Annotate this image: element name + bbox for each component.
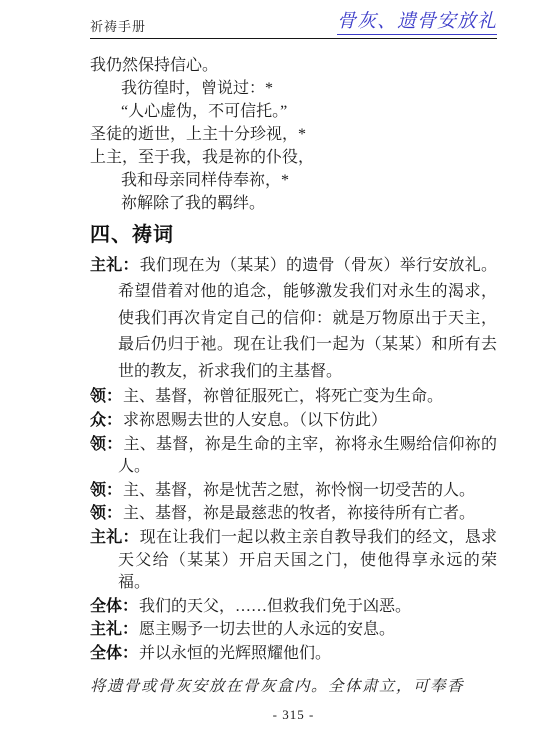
dialogue-entry: 主礼：我们现在为（某某）的遗骨（骨灰）举行安放礼。希望借着对他的追念，能够激发我… <box>118 253 497 386</box>
section-heading: 四、祷词 <box>90 222 497 248</box>
entry-text: 并以永恒的光辉照耀他们。 <box>139 645 331 662</box>
rubric-note: 将遗骨或骨灰安放在骨灰盒内。全体肃立，可奉香 <box>90 675 497 698</box>
entry-text: 现在让我们一起以救主亲自教导我们的经文，恳求天父给（某某）开启天国之门，使他得享… <box>118 529 497 591</box>
speaker-label: 主礼： <box>90 529 139 546</box>
entry-text: 我们的天父，……但救我们免于凶恶。 <box>139 598 411 615</box>
running-head-book-title: 祈祷手册 <box>90 16 146 35</box>
psalm-line: 我彷徨时，曾说过：* <box>90 77 497 100</box>
psalm-line: 我仍然保持信心。 <box>90 54 497 77</box>
speaker-label: 领： <box>90 482 122 499</box>
psalm-line: 祢解除了我的羁绊。 <box>90 192 497 215</box>
document-page: 祈祷手册 骨灰、遗骨安放礼 我仍然保持信心。我彷徨时，曾说过：*“人心虚伪，不可… <box>0 0 555 736</box>
psalm-line: 圣徒的逝世，上主十分珍视，* <box>90 123 497 146</box>
entry-text: 主、基督，祢是忧苦之慰，祢怜悯一切受苦的人。 <box>123 482 475 499</box>
running-head-chapter-title: 骨灰、遗骨安放礼 <box>337 12 497 35</box>
entry-text: 主、基督，祢曾征服死亡，将死亡变为生命。 <box>123 388 443 405</box>
speaker-label: 领： <box>90 436 123 453</box>
speaker-label: 众： <box>90 412 122 429</box>
psalm-line: 上主，至于我，我是祢的仆役， <box>90 146 497 169</box>
entry-text: 愿主赐予一切去世的人永远的安息。 <box>139 621 395 638</box>
psalm-line: 我和母亲同样侍奉祢，* <box>90 169 497 192</box>
speaker-label: 全体： <box>90 645 138 662</box>
dialogue-entry: 众：求祢恩赐去世的人安息。（以下仿此） <box>118 410 497 433</box>
psalm-line: “人心虚伪，不可信托。” <box>90 100 497 123</box>
psalm-block: 我仍然保持信心。我彷徨时，曾说过：*“人心虚伪，不可信托。”圣徒的逝世，上主十分… <box>90 54 497 215</box>
dialogue-entry: 领：主、基督，祢是最慈悲的牧者，祢接待所有亡者。 <box>118 503 497 526</box>
entry-text: 求祢恩赐去世的人安息。（以下仿此） <box>123 412 387 429</box>
dialogue-entry: 全体：并以永恒的光辉照耀他们。 <box>118 643 497 666</box>
entry-text: 主、基督，祢是最慈悲的牧者，祢接待所有亡者。 <box>123 505 475 522</box>
speaker-label: 全体： <box>90 598 138 615</box>
running-header: 祈祷手册 骨灰、遗骨安放礼 <box>90 0 497 35</box>
entry-text: 我们现在为（某某）的遗骨（骨灰）举行安放礼。希望借着对他的追念，能够激发我们对永… <box>118 257 497 380</box>
dialogue-entry: 领：主、基督，祢是忧苦之慰，祢怜悯一切受苦的人。 <box>118 480 497 503</box>
speaker-label: 领： <box>90 505 122 522</box>
dialogue-entry: 领：主、基督，祢是生命的主宰，祢将永生赐给信仰祢的人。 <box>118 434 497 479</box>
dialogue-entry: 主礼：现在让我们一起以救主亲自教导我们的经文，恳求天父给（某某）开启天国之门，使… <box>118 527 497 595</box>
dialogue-entry: 主礼：愿主赐予一切去世的人永远的安息。 <box>118 619 497 642</box>
entry-text: 主、基督，祢是生命的主宰，祢将永生赐给信仰祢的人。 <box>118 436 497 476</box>
text-column: 祈祷手册 骨灰、遗骨安放礼 我仍然保持信心。我彷徨时，曾说过：*“人心虚伪，不可… <box>90 0 497 698</box>
speaker-label: 主礼： <box>90 621 138 638</box>
page-number: - 315 - <box>90 707 497 723</box>
speaker-label: 领： <box>90 388 122 405</box>
dialogue-entry: 领：主、基督，祢曾征服死亡，将死亡变为生命。 <box>118 386 497 409</box>
header-rule <box>90 38 497 39</box>
dialogue-entries: 主礼：我们现在为（某某）的遗骨（骨灰）举行安放礼。希望借着对他的追念，能够激发我… <box>90 253 497 666</box>
dialogue-entry: 全体：我们的天父，……但救我们免于凶恶。 <box>118 596 497 619</box>
speaker-label: 主礼： <box>90 257 139 274</box>
